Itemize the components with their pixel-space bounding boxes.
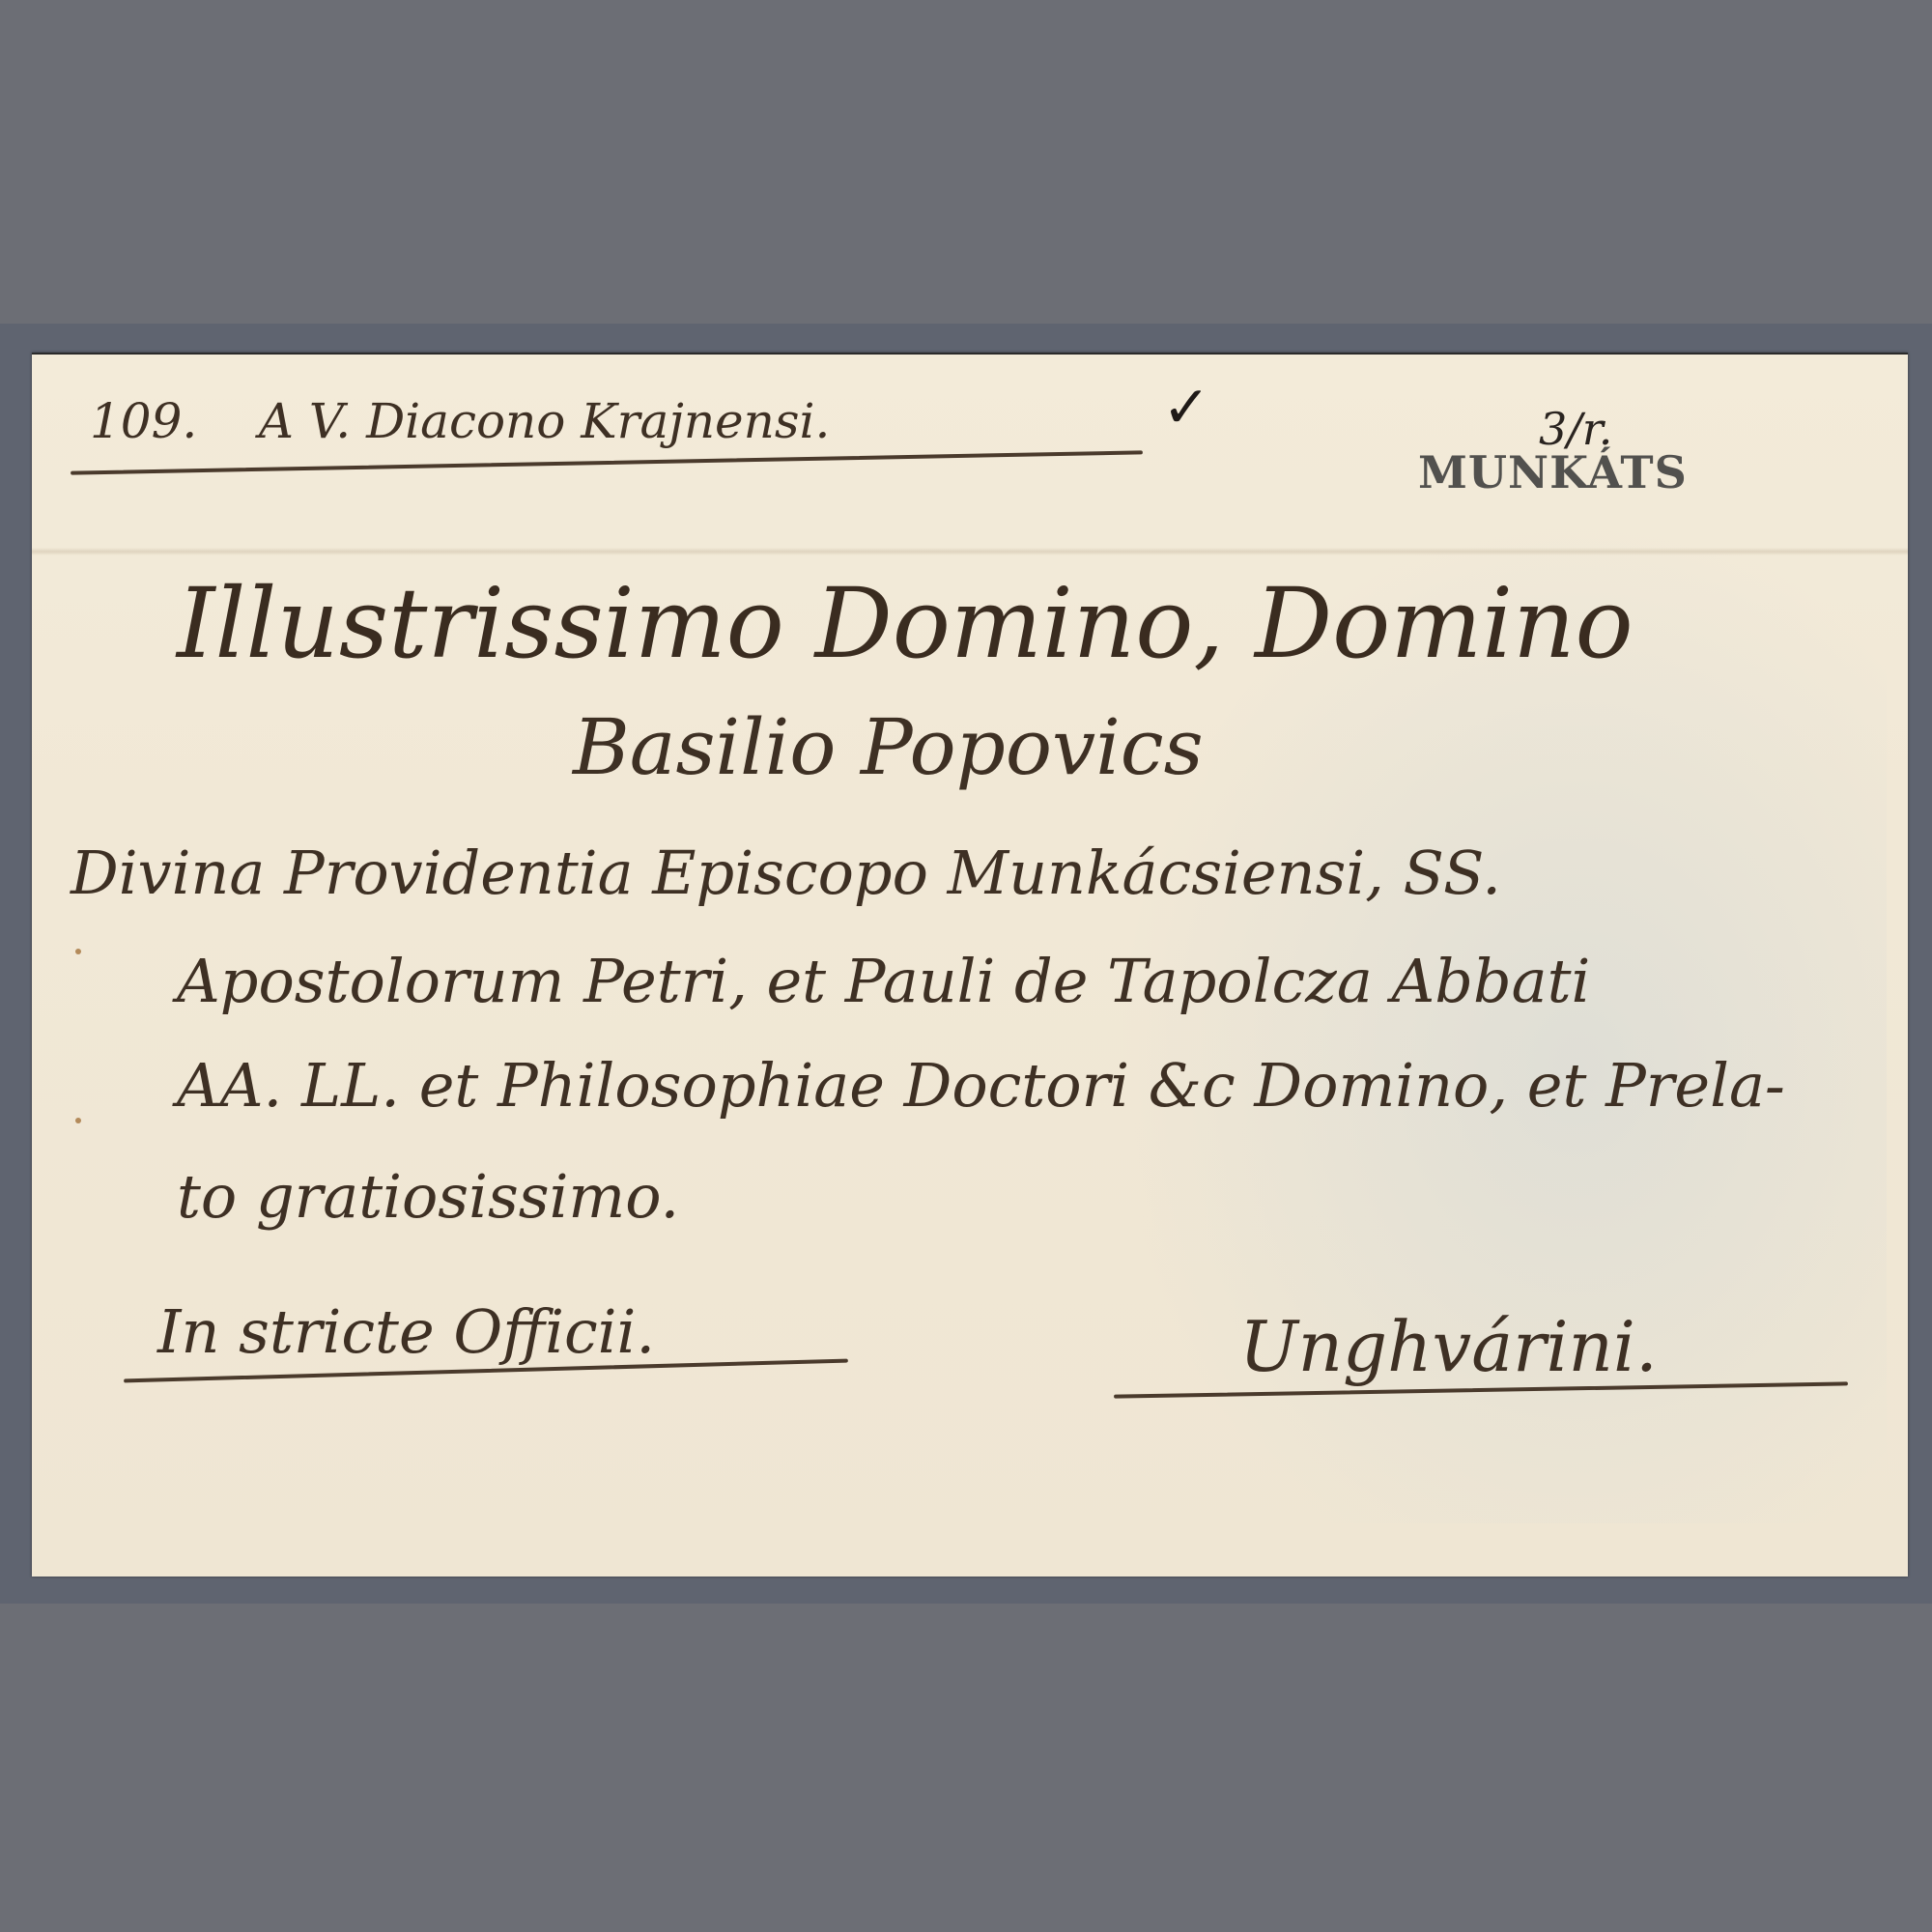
docket-sender-line: 109. A V. Diacono Krajnensi. (90, 393, 830, 449)
foxing-spot (75, 949, 81, 954)
destination-town: Unghvárini. (1239, 1306, 1658, 1387)
address-line-6: to gratiosissimo. (177, 1161, 679, 1232)
header-underline (71, 450, 1143, 474)
address-line-3: Divina Providentia Episcopo Munkácsiensi… (71, 838, 1501, 908)
address-line-1: Illustrissimo Domino, Domino (177, 567, 1634, 680)
postmark-stamp: MUNKÁTS (1418, 446, 1688, 498)
sender-line: A V. Diacono Krajnensi. (259, 393, 830, 449)
docket-number: 109. (90, 393, 197, 449)
foxing-spot (75, 1118, 81, 1123)
address-line-2: Basilio Popovics (573, 702, 1204, 792)
official-service-note: In stricte Officii. (157, 1296, 655, 1367)
address-line-4: Apostolorum Petri, et Pauli de Tapolcza … (177, 946, 1590, 1016)
address-line-5: AA. LL. et Philosophiae Doctori &c Domin… (177, 1050, 1785, 1121)
check-mark-icon: ✓ (1162, 374, 1210, 441)
letter-cover: 109. A V. Diacono Krajnensi. ✓ 3/r. MUNK… (32, 353, 1908, 1577)
